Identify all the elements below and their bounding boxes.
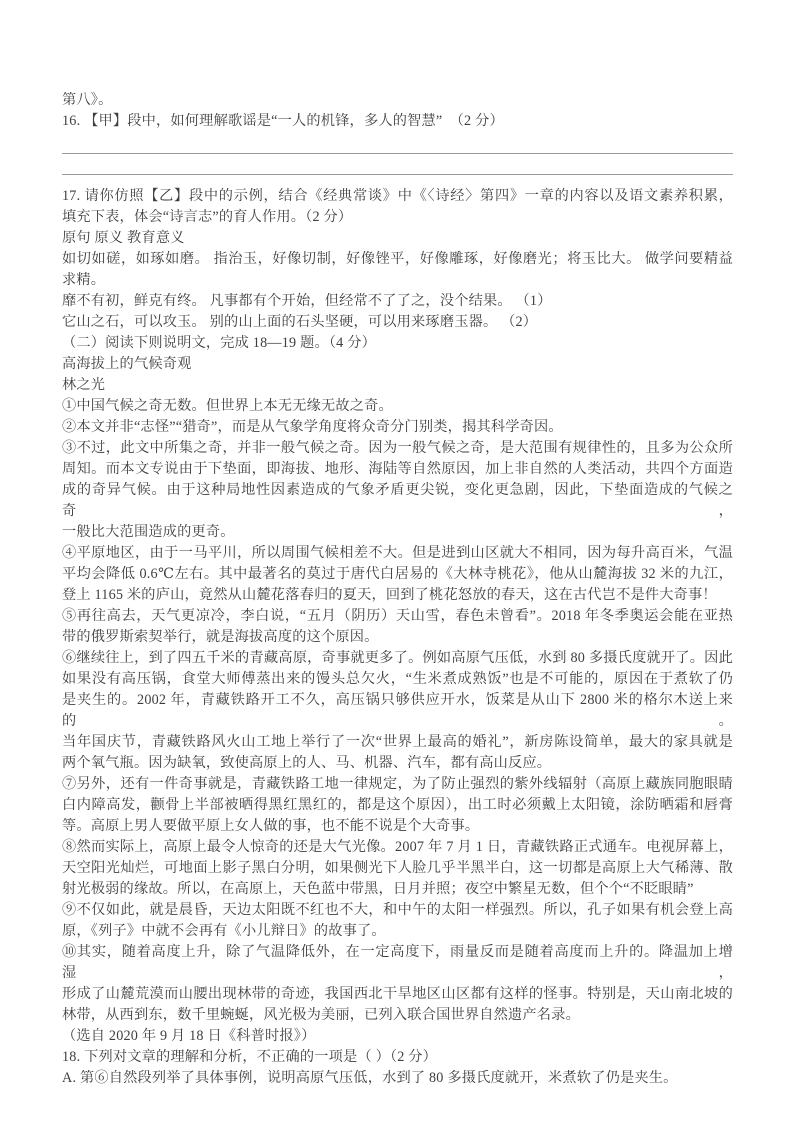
exam-paper-page: 第八》。16. 【甲】段中，如何理解歌谣是“一人的机锋，多人的智慧” （2 分）…: [0, 0, 793, 1122]
text-line: ③不过，此文中所集之奇，并非一般气候之奇。因为一般气候之奇，是大范围有规律性的，…: [62, 438, 733, 459]
text-line: 它山之石，可以攻玉。 别的山上面的石头坚硬，可以用来琢磨玉器。 （2）: [62, 312, 733, 333]
text-line: 成的奇异气候。由于这种局地性因素造成的气象矛盾更尖锐，变化更急剧，因此，下垫面造…: [62, 480, 733, 522]
text-line: 如切如磋，如琢如磨。 指治玉，好像切制，好像锉平，好像雕琢，好像磨光；将玉比大。…: [62, 249, 733, 270]
text-line: ⑩其实，随着高度上升，除了气温降低外，在一定高度下，雨量反而是随着高度而上升的。…: [62, 942, 733, 984]
text-line: ⑧然而实际上，高原上最令人惊奇的还是大气光像。2007 年 7 月 1 日，青藏…: [62, 837, 733, 858]
text-line: ⑨不仅如此，就是晨昏，天边太阳既不红也不大，和中午的太阳一样强烈。所以，孔子如果…: [62, 900, 733, 921]
text-line: 平均会降低 0.6℃左右。其中最著名的莫过于唐代白居易的《大林寺桃花》，他从山麓…: [62, 564, 733, 585]
text-line: ⑦另外，还有一件奇事就是，青藏铁路工地一律规定，为了防止强烈的紫外线辐射（高原上…: [62, 774, 733, 795]
text-line: 当年国庆节，青藏铁路风火山工地上举行了一次“世界上最高的婚礼”，新房陈设简单，最…: [62, 732, 733, 753]
text-line: 林带，从西到东，数千里蜿蜒，风光极为美丽，已列入联合国世界自然遗产名录。: [62, 1005, 733, 1026]
text-line: 填充下表，体会“诗言志”的育人作用。（2 分）: [62, 207, 733, 228]
text-line: ④平原地区，由于一马平川，所以周围气候相差不大。但是进到山区就大不相同，因为每升…: [62, 543, 733, 564]
text-line: 原，《列子》中就不会再有《小儿辩日》的故事了。: [62, 921, 733, 942]
text-line: 求精。: [62, 270, 733, 291]
text-line: 第八》。: [62, 90, 733, 111]
text-line: A. 第⑥自然段列举了具体事例，说明高原气压低，水到了 80 多摄氏度就开，米煮…: [62, 1068, 733, 1089]
text-line: 白内障高发，颧骨上半部被晒得黑红黑红的，都是这个原因），出工时必须戴上太阳镜，涂…: [62, 795, 733, 816]
text-line: 带的俄罗斯索契举行，就是海拔高度的这个原因。: [62, 627, 733, 648]
text-line: 形成了山麓荒漠而山腰出现林带的奇迹，我国西北干旱地区山区都有这样的怪事。特别是，…: [62, 984, 733, 1005]
vertical-gap: [62, 175, 733, 186]
text-line: ②本文并非“志怪”“猎奇”，而是从气象学角度将众奇分门别类，揭其科学奇因。: [62, 417, 733, 438]
text-line: 一般比大范围造成的更奇。: [62, 522, 733, 543]
text-line: 登上 1165 米的庐山，竟然从山麓花落春归的夏天，回到了桃花怒放的春天，这在古…: [62, 585, 733, 606]
text-line: 两个氧气瓶。因为缺氧，致使高原上的人、马、机器、汽车，都有高山反应。: [62, 753, 733, 774]
text-line: 射光极弱的缘故。所以，在高原上，天色蓝中带黑，日月并照；夜空中繁星无数，但个个“…: [62, 879, 733, 900]
text-line: ①中国气候之奇无数。但世界上本无无缘无故之奇。: [62, 396, 733, 417]
text-line: 17. 请你仿照【乙】段中的示例，结合《经典常谈》中《〈诗经〉第四》一章的内容以…: [62, 186, 733, 207]
document-body: 第八》。16. 【甲】段中，如何理解歌谣是“一人的机锋，多人的智慧” （2 分）…: [62, 90, 733, 1089]
text-line: 林之光: [62, 375, 733, 396]
text-line: 高海拔上的气候奇观: [62, 354, 733, 375]
text-line: ⑤再往高去，天气更凉冷，李白说，“五月（阴历）天山雪，春色未曾看”。2018 年…: [62, 606, 733, 627]
text-line: 靡不有初，鲜克有终。 凡事都有个开始，但经常不了了之，没个结果。 （1）: [62, 291, 733, 312]
text-line: （二）阅读下则说明文，完成 18—19 题。（4 分）: [62, 333, 733, 354]
text-line: 如果没有高压锅，食堂大师傅蒸出来的馒头总欠火，“生米煮成熟饭”也是不可能的，原因…: [62, 669, 733, 690]
text-line: 是夹生的。2002 年，青藏铁路开工不久，高压锅只够供应开水，饭菜是从山下 28…: [62, 690, 733, 732]
text-line: 原句 原义 教育意义: [62, 228, 733, 249]
text-line: 16. 【甲】段中，如何理解歌谣是“一人的机锋，多人的智慧” （2 分）: [62, 111, 733, 132]
text-line: 周知。而本文专说由于下垫面，即海拔、地形、海陆等自然原因，加上非自然的人类活动，…: [62, 459, 733, 480]
text-line: 等。高原上男人要做平原上女人做的事，也不能不说是个大奇事。: [62, 816, 733, 837]
text-line: ⑥继续往上，到了四五千米的青藏高原，奇事就更多了。例如高原气压低，水到 80 多…: [62, 648, 733, 669]
text-line: 18. 下列对文章的理解和分析，不正确的一项是（ ）（2 分）: [62, 1047, 733, 1068]
text-line: （选自 2020 年 9 月 18 日《科普时报》）: [62, 1026, 733, 1047]
vertical-gap: [62, 132, 733, 153]
vertical-gap: [62, 154, 733, 174]
text-line: 天空阳光灿烂，可地面上影子黑白分明，如果侧光下人脸几乎半黑半白，这一切都是高原上…: [62, 858, 733, 879]
